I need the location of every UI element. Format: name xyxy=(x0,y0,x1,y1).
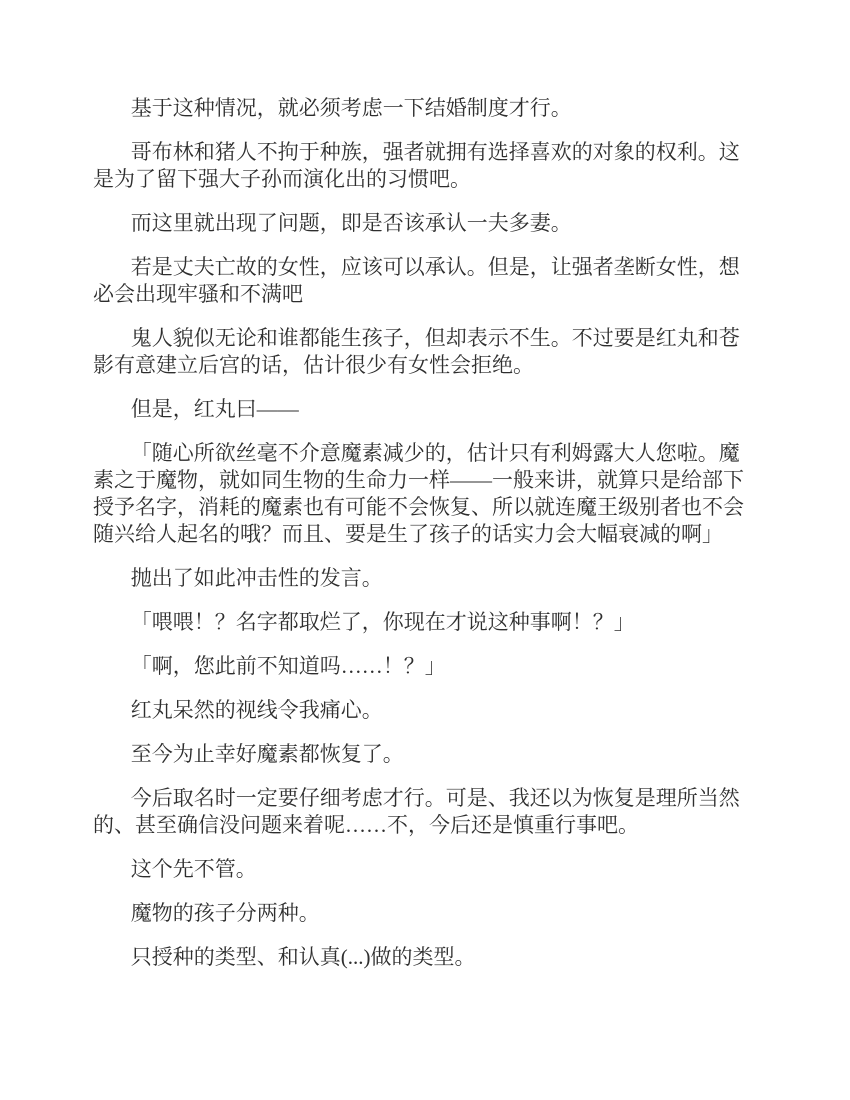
text-line: 哥布林和猪人不拘于种族，强者就拥有选择喜欢的对象的权利。这 xyxy=(93,139,757,166)
text-line: 素之于魔物，就如同生物的生命力一样——一般来讲，就算只是给部下 xyxy=(93,467,757,494)
paragraph-9: 「喂喂！？名字都取烂了，你现在才说这种事啊！？」 xyxy=(93,609,757,636)
text-line: 只授种的类型、和认真(...)做的类型。 xyxy=(93,944,757,971)
paragraph-12: 至今为止幸好魔素都恢复了。 xyxy=(93,741,757,768)
text-line: 红丸呆然的视线令我痛心。 xyxy=(93,697,757,724)
text-line: 必会出现牢骚和不满吧 xyxy=(93,281,757,308)
paragraph-15: 魔物的孩子分两种。 xyxy=(93,900,757,927)
paragraph-14: 这个先不管。 xyxy=(93,856,757,883)
text-line: 这个先不管。 xyxy=(93,856,757,883)
text-line: 是为了留下强大子孙而演化出的习惯吧。 xyxy=(93,166,757,193)
text-line: 基于这种情况，就必须考虑一下结婚制度才行。 xyxy=(93,95,757,122)
paragraph-4: 若是丈夫亡故的女性，应该可以承认。但是，让强者垄断女性，想必会出现牢骚和不满吧 xyxy=(93,254,757,308)
text-line: 随兴给人起名的哦？而且、要是生了孩子的话实力会大幅衰减的啊」 xyxy=(93,521,757,548)
novel-page: 基于这种情况，就必须考虑一下结婚制度才行。哥布林和猪人不拘于种族，强者就拥有选择… xyxy=(0,0,850,1100)
text-line: 而这里就出现了问题，即是否该承认一夫多妻。 xyxy=(93,210,757,237)
text-line: 若是丈夫亡故的女性，应该可以承认。但是，让强者垄断女性，想 xyxy=(93,254,757,281)
text-line: 抛出了如此冲击性的发言。 xyxy=(93,565,757,592)
text-line: 「随心所欲丝毫不介意魔素减少的，估计只有利姆露大人您啦。魔 xyxy=(93,440,757,467)
text-line: 授予名字，消耗的魔素也有可能不会恢复、所以就连魔王级别者也不会 xyxy=(93,494,757,521)
text-line: 但是，红丸曰—— xyxy=(93,396,757,423)
paragraph-13: 今后取名时一定要仔细考虑才行。可是、我还以为恢复是理所当然的、甚至确信没问题来着… xyxy=(93,785,757,839)
text-line: 魔物的孩子分两种。 xyxy=(93,900,757,927)
paragraph-10: 「啊，您此前不知道吗……！？」 xyxy=(93,653,757,680)
text-line: 鬼人貌似无论和谁都能生孩子，但却表示不生。不过要是红丸和苍 xyxy=(93,325,757,352)
paragraph-11: 红丸呆然的视线令我痛心。 xyxy=(93,697,757,724)
paragraph-2: 哥布林和猪人不拘于种族，强者就拥有选择喜欢的对象的权利。这是为了留下强大子孙而演… xyxy=(93,139,757,193)
paragraph-6: 但是，红丸曰—— xyxy=(93,396,757,423)
text-line: 影有意建立后宫的话，估计很少有女性会拒绝。 xyxy=(93,352,757,379)
paragraph-7: 「随心所欲丝毫不介意魔素减少的，估计只有利姆露大人您啦。魔素之于魔物，就如同生物… xyxy=(93,440,757,548)
paragraph-8: 抛出了如此冲击性的发言。 xyxy=(93,565,757,592)
paragraph-3: 而这里就出现了问题，即是否该承认一夫多妻。 xyxy=(93,210,757,237)
text-line: 「喂喂！？名字都取烂了，你现在才说这种事啊！？」 xyxy=(93,609,757,636)
text-line: 的、甚至确信没问题来着呢……不，今后还是慎重行事吧。 xyxy=(93,812,757,839)
paragraph-5: 鬼人貌似无论和谁都能生孩子，但却表示不生。不过要是红丸和苍影有意建立后宫的话，估… xyxy=(93,325,757,379)
paragraph-16: 只授种的类型、和认真(...)做的类型。 xyxy=(93,944,757,971)
text-line: 「啊，您此前不知道吗……！？」 xyxy=(93,653,757,680)
text-line: 至今为止幸好魔素都恢复了。 xyxy=(93,741,757,768)
paragraph-1: 基于这种情况，就必须考虑一下结婚制度才行。 xyxy=(93,95,757,122)
text-line: 今后取名时一定要仔细考虑才行。可是、我还以为恢复是理所当然 xyxy=(93,785,757,812)
novel-text-body: 基于这种情况，就必须考虑一下结婚制度才行。哥布林和猪人不拘于种族，强者就拥有选择… xyxy=(93,95,757,988)
